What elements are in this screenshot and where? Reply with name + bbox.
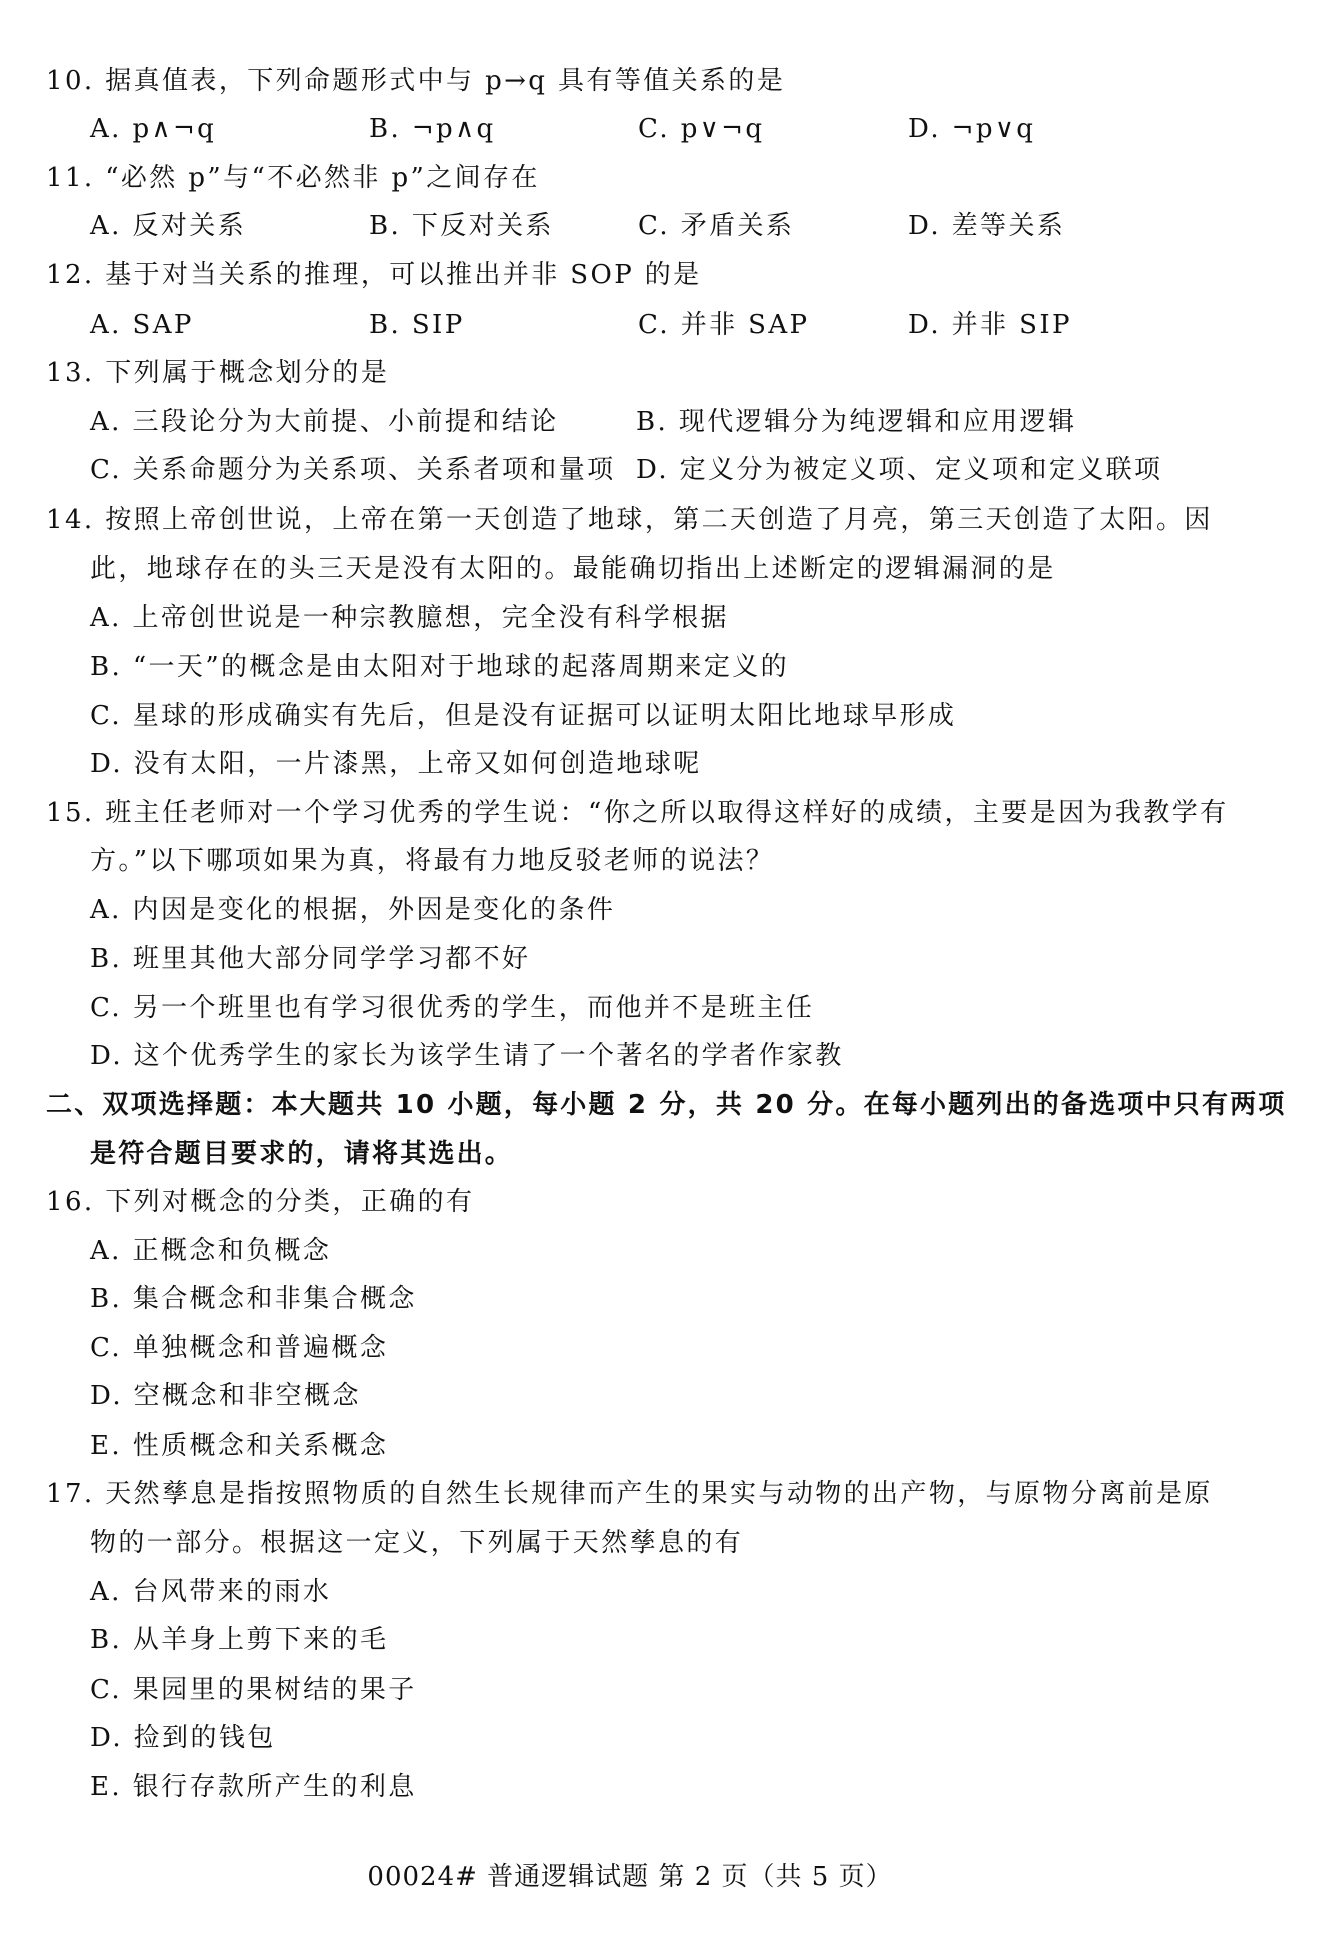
question-10-option-a: A. p∧¬q [90,109,216,149]
question-14-stem-line-2: 此，地球存在的头三天是没有太阳的。最能确切指出上述断定的逻辑漏洞的是 [90,549,1056,589]
question-17-option-a: A. 台风带来的雨水 [90,1572,331,1612]
section-2-heading-line-1: 二、双项选择题：本大题共 10 小题，每小题 2 分，共 20 分。在每小题列出… [46,1085,1287,1125]
question-15-stem-line-2: 方。”以下哪项如果为真，将最有力地反驳老师的说法？ [90,841,774,881]
question-15-option-d: D. 这个优秀学生的家长为该学生请了一个著名的学者作家教 [90,1036,844,1076]
question-12-option-c: C. 并非 SAP [638,305,809,345]
question-16-option-a: A. 正概念和负概念 [90,1231,331,1271]
question-16-stem: 16. 下列对概念的分类，正确的有 [46,1182,474,1222]
question-11-option-d: D. 差等关系 [908,206,1065,246]
question-15-option-a: A. 内因是变化的根据，外因是变化的条件 [90,890,615,930]
question-10-option-d: D. ¬p∨q [908,109,1035,149]
question-15-option-c: C. 另一个班里也有学习很优秀的学生，而他并不是班主任 [90,988,814,1028]
question-14-option-c: C. 星球的形成确实有先后，但是没有证据可以证明太阳比地球早形成 [90,696,956,736]
question-12-option-b: B. SIP [369,305,465,345]
question-11-option-c: C. 矛盾关系 [638,206,794,246]
question-10-stem: 10. 据真值表，下列命题形式中与 p→q 具有等值关系的是 [46,61,785,101]
question-10-option-b: B. ¬p∧q [369,109,496,149]
question-17-stem-line-2: 物的一部分。根据这一定义，下列属于天然孳息的有 [90,1523,743,1563]
question-15-stem-line-1: 15. 班主任老师对一个学习优秀的学生说：“你之所以取得这样好的成绩，主要是因为… [46,793,1229,833]
question-16-option-c: C. 单独概念和普遍概念 [90,1328,388,1368]
question-16-option-e: E. 性质概念和关系概念 [90,1426,388,1466]
question-16-option-d: D. 空概念和非空概念 [90,1376,361,1416]
question-11-option-a: A. 反对关系 [90,206,246,246]
question-12-stem: 12. 基于对当关系的推理，可以推出并非 SOP 的是 [46,255,702,295]
question-13-option-c: C. 关系命题分为关系项、关系者项和量项 [90,450,616,490]
exam-page: 10. 据真值表，下列命题形式中与 p→q 具有等值关系的是 A. p∧¬q B… [0,0,1344,1946]
question-11-stem: 11. “必然 p”与“不必然非 p”之间存在 [46,158,540,198]
question-17-option-d: D. 捡到的钱包 [90,1718,276,1758]
section-2-heading-line-2: 是符合题目要求的，请将其选出。 [90,1134,513,1174]
page-footer: 00024# 普通逻辑试题 第 2 页（共 5 页） [0,1857,1260,1897]
question-12-option-a: A. SAP [90,305,194,345]
question-14-option-d: D. 没有太阳，一片漆黑，上帝又如何创造地球呢 [90,744,702,784]
question-17-option-c: C. 果园里的果树结的果子 [90,1670,417,1710]
question-17-stem-line-1: 17. 天然孳息是指按照物质的自然生长规律而产生的果实与动物的出产物，与原物分离… [46,1474,1213,1514]
question-14-option-b: B. “一天”的概念是由太阳对于地球的起落周期来定义的 [90,647,789,687]
question-17-option-b: B. 从羊身上剪下来的毛 [90,1620,388,1660]
question-13-option-a: A. 三段论分为大前提、小前提和结论 [90,402,559,442]
question-13-option-d: D. 定义分为被定义项、定义项和定义联项 [636,450,1162,490]
question-14-stem-line-1: 14. 按照上帝创世说，上帝在第一天创造了地球，第二天创造了月亮，第三天创造了太… [46,500,1213,540]
question-16-option-b: B. 集合概念和非集合概念 [90,1279,417,1319]
question-14-option-a: A. 上帝创世说是一种宗教臆想，完全没有科学根据 [90,598,729,638]
question-15-option-b: B. 班里其他大部分同学学习都不好 [90,939,530,979]
question-13-stem: 13. 下列属于概念划分的是 [46,353,389,393]
question-10-option-c: C. p∨¬q [638,109,764,149]
question-11-option-b: B. 下反对关系 [369,206,554,246]
question-17-option-e: E. 银行存款所产生的利息 [90,1767,417,1807]
question-13-option-b: B. 现代逻辑分为纯逻辑和应用逻辑 [636,402,1076,442]
question-12-option-d: D. 并非 SIP [908,305,1072,345]
